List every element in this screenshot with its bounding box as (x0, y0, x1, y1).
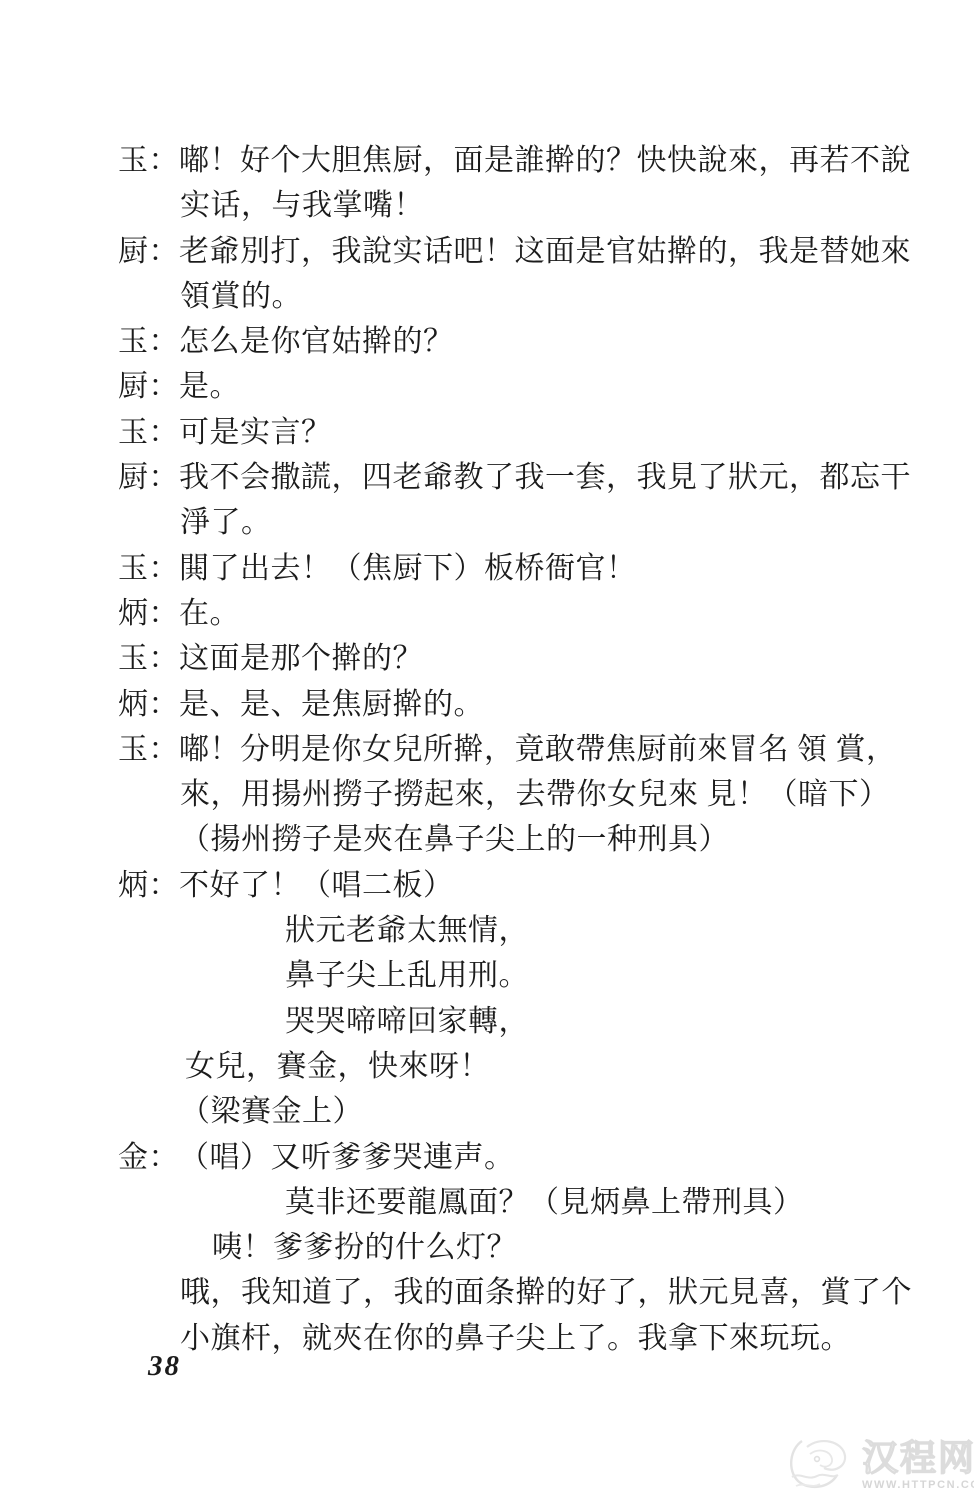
script-line: 哦，我知道了，我的面条擀的好了，狀元見喜，賞了个 (118, 1270, 944, 1315)
script-line: 炳：在。 (118, 591, 944, 636)
script-line: 玉：嘟！分明是你女兒所擀，竟敢帶焦厨前來冒名 領 賞， (118, 727, 944, 772)
script-line: （揚州撈子是夾在鼻子尖上的一种刑具） (118, 817, 944, 862)
script-line: 炳：不好了！（唱二板） (118, 863, 944, 908)
speaker-label: 玉： (118, 546, 179, 591)
dialogue-text: 嘟！分明是你女兒所擀，竟敢帶焦厨前來冒名 領 賞， (179, 733, 897, 766)
speaker-label: 炳： (118, 591, 179, 636)
dialogue-text: 是、是、是焦厨擀的。 (179, 688, 484, 721)
script-line: 哭哭啼啼回家轉， (118, 999, 944, 1044)
dialogue-text: 老爺別打，我說实话吧！这面是官姑擀的，我是替她來 (179, 235, 911, 268)
dialogue-text: 哭哭啼啼回家轉， (285, 1005, 529, 1038)
speaker-label: 玉： (118, 319, 179, 364)
speaker-label: 炳： (118, 863, 179, 908)
dialogue-text: 实话，与我掌嘴！ (180, 189, 424, 222)
script-line: 來，用揚州撈子撈起來，去帶你女兒來 見！（暗下） (118, 772, 944, 817)
dialogue-text: 不好了！（唱二板） (179, 869, 454, 902)
dialogue-text: 怎么是你官姑擀的？ (179, 325, 454, 358)
script-line: 金：（唱）又听爹爹哭連声。 (118, 1135, 944, 1180)
script-line: 淨了。 (118, 500, 944, 545)
script-line: 厨：老爺別打，我說实话吧！这面是官姑擀的，我是替她來 (118, 229, 944, 274)
script-line: 領賞的。 (118, 274, 944, 319)
script-line: 小旗杆，就夾在你的鼻子尖上了。我拿下來玩玩。 (118, 1316, 944, 1361)
script-line: 狀元老爺太無情， (118, 908, 944, 953)
dialogue-text: 这面是那个擀的？ (179, 642, 423, 675)
script-line: （梁賽金上） (118, 1089, 944, 1134)
dialogue-text: （揚州撈子是夾在鼻子尖上的一种刑具） (180, 823, 729, 856)
dialogue-text: 我不会撒謊，四老爺教了我一套，我見了狀元，都忘干 (179, 461, 911, 494)
script-line: 玉：怎么是你官姑擀的？ (118, 319, 944, 364)
watermark-site-name: 汉程网 (862, 1440, 974, 1476)
script-line: 玉：閧了出去！（焦厨下）板桥衙官！ (118, 546, 944, 591)
dialogue-text: （梁賽金上） (180, 1095, 363, 1128)
dialogue-text: 莫非还要龍鳳面？（見炳鼻上帶刑具） (285, 1186, 804, 1219)
script-line: 女兒，賽金，快來呀！ (118, 1044, 944, 1089)
speaker-label: 炳： (118, 682, 179, 727)
dialogue-text: 咦！爹爹扮的什么灯？ (212, 1231, 517, 1264)
script-line: 咦！爹爹扮的什么灯？ (118, 1225, 944, 1270)
script-line: 莫非还要龍鳳面？（見炳鼻上帶刑具） (118, 1180, 944, 1225)
speaker-label: 玉： (118, 727, 179, 772)
dialogue-text: （唱）又听爹爹哭連声。 (179, 1141, 515, 1174)
dialogue-text: 鼻子尖上乱用刑。 (285, 959, 529, 992)
text-block: 玉：嘟！好个大胆焦厨，面是誰擀的？快快說來，再若不說实话，与我掌嘴！厨：老爺別打… (118, 138, 944, 1361)
watermark: 汉程网 WWW.HTTPCN.COM (786, 1432, 974, 1499)
dragon-logo-icon (786, 1432, 858, 1499)
script-line: 炳：是、是、是焦厨擀的。 (118, 682, 944, 727)
dialogue-text: 是。 (179, 370, 240, 403)
script-line: 厨：我不会撒謊，四老爺教了我一套，我見了狀元，都忘干 (118, 455, 944, 500)
dialogue-text: 嘟！好个大胆焦厨，面是誰擀的？快快說來，再若不說 (179, 144, 911, 177)
watermark-site-url: WWW.HTTPCN.COM (862, 1479, 974, 1491)
watermark-text-column: 汉程网 WWW.HTTPCN.COM (862, 1440, 974, 1491)
speaker-label: 玉： (118, 410, 179, 455)
speaker-label: 厨： (118, 364, 179, 409)
scanned-script-page: 玉：嘟！好个大胆焦厨，面是誰擀的？快快說來，再若不說实话，与我掌嘴！厨：老爺別打… (0, 0, 974, 1505)
page-number: 38 (148, 1350, 181, 1383)
dialogue-text: 哦，我知道了，我的面条擀的好了，狀元見喜，賞了个 (180, 1276, 912, 1309)
dialogue-text: 領賞的。 (180, 280, 302, 313)
dialogue-text: 在。 (179, 597, 240, 630)
script-line: 玉：这面是那个擀的？ (118, 636, 944, 681)
dialogue-text: 狀元老爺太無情， (285, 914, 529, 947)
script-line: 鼻子尖上乱用刑。 (118, 953, 944, 998)
speaker-label: 玉： (118, 138, 179, 183)
speaker-label: 金： (118, 1135, 179, 1180)
script-line: 玉：嘟！好个大胆焦厨，面是誰擀的？快快說來，再若不說 (118, 138, 944, 183)
script-line: 厨：是。 (118, 364, 944, 409)
dialogue-text: 女兒，賽金，快來呀！ (185, 1050, 490, 1083)
dialogue-text: 來，用揚州撈子撈起來，去帶你女兒來 見！（暗下） (180, 778, 890, 811)
speaker-label: 玉： (118, 636, 179, 681)
dialogue-text: 淨了。 (180, 506, 272, 539)
dialogue-text: 閧了出去！（焦厨下）板桥衙官！ (179, 552, 637, 585)
speaker-label: 厨： (118, 229, 179, 274)
script-line: 玉：可是实言？ (118, 410, 944, 455)
dialogue-text: 可是实言？ (179, 416, 332, 449)
dialogue-text: 小旗杆，就夾在你的鼻子尖上了。我拿下來玩玩。 (180, 1322, 851, 1355)
speaker-label: 厨： (118, 455, 179, 500)
script-line: 实话，与我掌嘴！ (118, 183, 944, 228)
